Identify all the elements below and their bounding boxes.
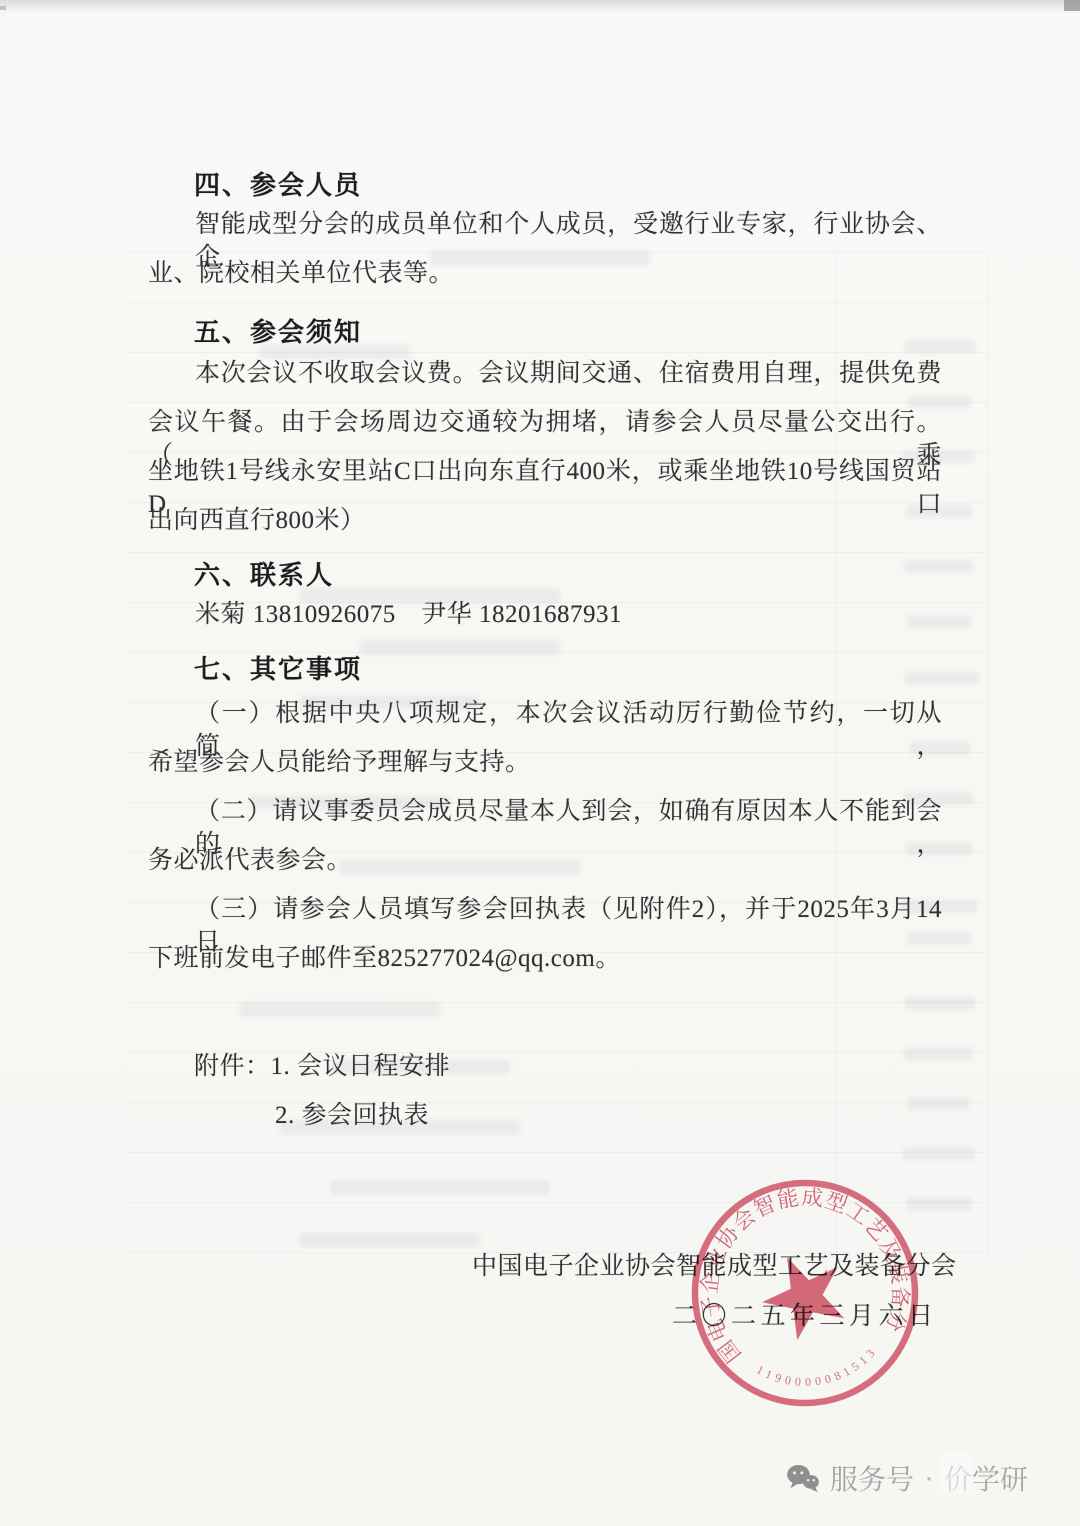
document-line: 业、院校相关单位代表等。 <box>148 257 942 306</box>
footer-separator: · <box>924 1461 934 1495</box>
document-line: （二）请议事委员会成员尽量本人到会，如确有原因本人不能到会的， <box>148 795 942 844</box>
account-logo-patch <box>938 1453 972 1493</box>
document-line: 坐地铁1号线永安里站C口出向东直行400米，或乘坐地铁10号线国贸站D口 <box>148 455 942 504</box>
wechat-footer: 服务号 · 价 学研 <box>786 1458 1028 1498</box>
wechat-account-name: 价 学研 <box>944 1458 1028 1498</box>
bleed-through-smudge <box>907 1097 969 1110</box>
document-line: （三）请参会人员填写参会回执表（见附件2），并于2025年3月14日 <box>148 893 942 942</box>
scanned-document-page: 四、参会人员 智能成型分会的成员单位和个人成员，受邀行业专家，行业协会、企业、院… <box>0 0 1080 1526</box>
section-heading: 四、参会人员 <box>194 165 362 202</box>
section-body: 智能成型分会的成员单位和个人成员，受邀行业专家，行业协会、企业、院校相关单位代表… <box>148 208 942 306</box>
official-seal: 中国电子企业协会智能成型工艺及装备分会 1190000081513 <box>660 1148 950 1438</box>
bleed-through-smudge <box>904 560 974 573</box>
document-line: （一）根据中央八项规定，本次会议活动厉行勤俭节约，一切从简， <box>148 697 942 746</box>
scan-corner-speck <box>1064 0 1080 11</box>
wechat-platform-label: 服务号 <box>830 1458 914 1498</box>
scan-edge-speck <box>0 6 6 10</box>
document-line: 下班前发电子邮件至825277024@qq.com。 <box>148 942 942 991</box>
bleed-through-smudge <box>240 1002 440 1017</box>
bleed-through-smudge <box>905 997 975 1010</box>
attachments-line-1: 附件：1. 会议日程安排 <box>194 1046 450 1082</box>
document-line: 本次会议不收取会议费。会议期间交通、住宿费用自理，提供免费 <box>148 357 942 406</box>
bleed-through-smudge <box>904 1047 972 1060</box>
section-heading: 七、其它事项 <box>194 649 362 686</box>
seal-code: 1190000081513 <box>752 1342 884 1399</box>
scan-top-shade <box>0 0 1080 12</box>
attachments-line-2: 2. 参会回执表 <box>275 1095 429 1131</box>
document-line: 会议午餐。由于会场周边交通较为拥堵，请参会人员尽量公交出行。（乘 <box>148 406 942 455</box>
bleed-through-column-line <box>987 252 988 1256</box>
section-body: 米菊 13810926075 尹华 18201687931 <box>148 598 942 647</box>
section-heading: 五、参会须知 <box>194 312 362 349</box>
section-heading: 六、联系人 <box>194 555 334 592</box>
wechat-icon <box>786 1463 820 1493</box>
seal-star <box>755 1249 849 1345</box>
bleed-through-smudge <box>905 672 979 685</box>
section-body: （一）根据中央八项规定，本次会议活动厉行勤俭节约，一切从简，希望参会人员能给予理… <box>148 697 942 991</box>
bleed-through-smudge <box>905 340 975 353</box>
bleed-through-smudge <box>330 1180 550 1195</box>
bleed-through-smudge <box>903 1147 975 1160</box>
document-line: 智能成型分会的成员单位和个人成员，受邀行业专家，行业协会、企 <box>148 208 942 257</box>
document-line: 米菊 13810926075 尹华 18201687931 <box>148 598 942 647</box>
account-rest: 学研 <box>972 1458 1028 1498</box>
section-body: 本次会议不收取会议费。会议期间交通、住宿费用自理，提供免费会议午餐。由于会场周边… <box>148 357 942 553</box>
bleed-through-smudge <box>300 1233 480 1247</box>
